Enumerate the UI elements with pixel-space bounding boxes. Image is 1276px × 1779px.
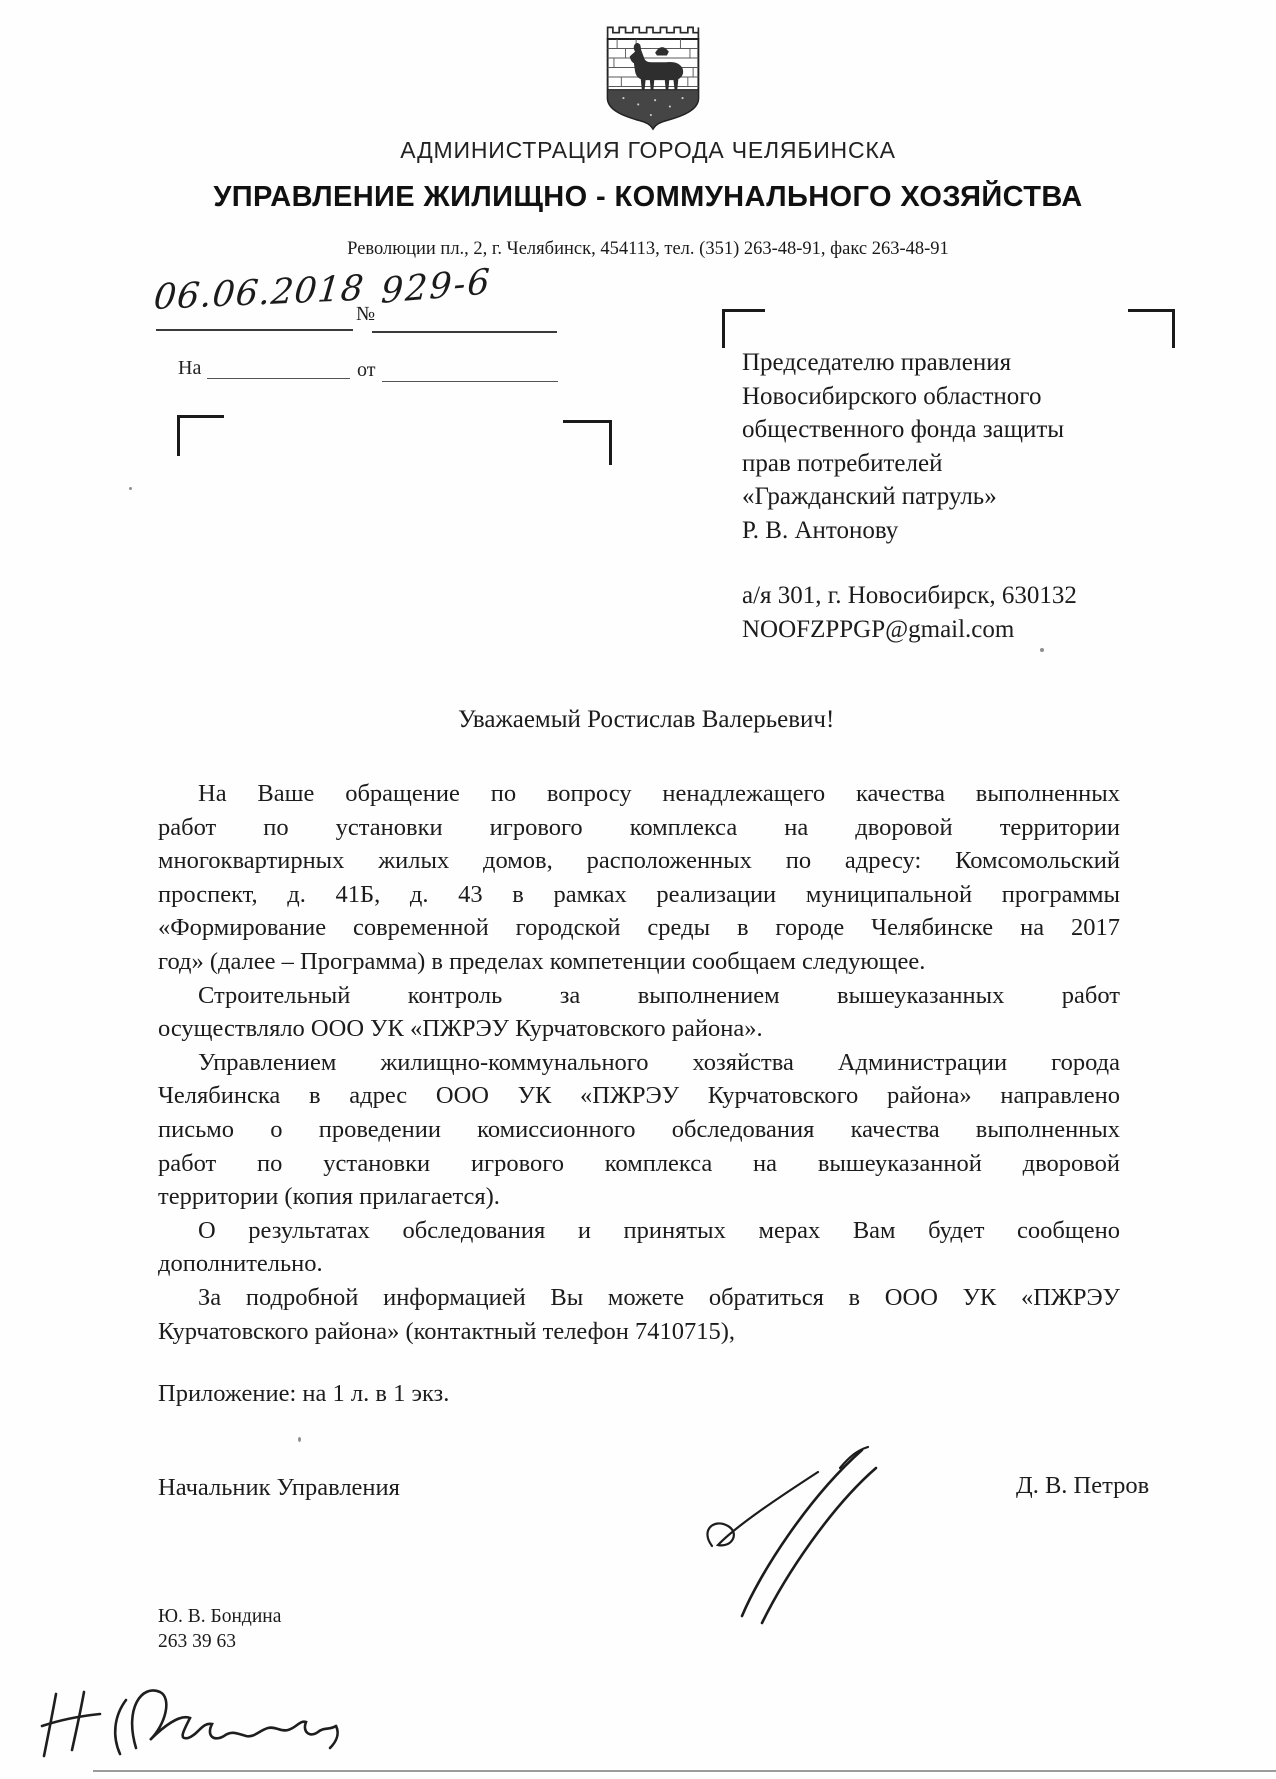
body-line: «Формирование современной городской сред… xyxy=(158,911,1120,945)
signer-position-title: Начальник Управления xyxy=(158,1474,400,1502)
body-line: год» (далее – Программа) в пределах комп… xyxy=(158,945,1120,979)
recipient-block: Председателю правленияНовосибирского обл… xyxy=(742,346,1064,547)
outgoing-date-handwritten: 06.06.2018 xyxy=(152,269,366,318)
recipient-corner-left xyxy=(722,309,765,348)
department-title: УПРАВЛЕНИЕ ЖИЛИЩНО - КОММУНАЛЬНОГО ХОЗЯЙ… xyxy=(10,181,1276,214)
body-line: Курчатовского района» (контактный телефо… xyxy=(158,1315,1120,1349)
body-line: На Ваше обращение по вопросу ненадлежаще… xyxy=(158,777,1120,811)
date-underline xyxy=(156,329,353,331)
scan-speck xyxy=(298,1437,301,1442)
recipient-line: общественного фонда защиты xyxy=(742,413,1064,447)
body-line: письмо о проведении комиссионного обслед… xyxy=(158,1113,1120,1147)
stamp-corner-right xyxy=(563,420,612,465)
recipient-line: Р. В. Антонову xyxy=(742,514,1064,548)
body-line: За подробной информацией Вы можете обрат… xyxy=(158,1281,1120,1315)
recipient-line: Председателю правления xyxy=(742,346,1064,380)
scan-speck xyxy=(129,487,132,490)
body-line: работ по установки игрового комплекса на… xyxy=(158,1147,1120,1181)
stamp-corner-left xyxy=(177,415,224,456)
recipient-corner-right xyxy=(1128,309,1175,348)
chelyabinsk-coat-of-arms-emblem xyxy=(600,20,706,134)
recipient-line: «Гражданский патруль» xyxy=(742,480,1064,514)
letter-page: АДМИНИСТРАЦИЯ ГОРОДА ЧЕЛЯБИНСКА УПРАВЛЕН… xyxy=(0,0,1276,1779)
signer-name: Д. В. Петров xyxy=(1016,1472,1149,1500)
body-line: дополнительно. xyxy=(158,1247,1120,1281)
body-line: осуществляло ООО УК «ПЖРЭУ Курчатовского… xyxy=(158,1012,1120,1046)
recipient-line: прав потребителей xyxy=(742,447,1064,481)
body-line: Строительный контроль за выполнением выш… xyxy=(158,979,1120,1013)
body-line: проспект, д. 41Б, д. 43 в рамках реализа… xyxy=(158,878,1120,912)
salutation: Уважаемый Ростислав Валерьевич! xyxy=(458,706,834,734)
body-line: Челябинска в адрес ООО УК «ПЖРЭУ Курчато… xyxy=(158,1079,1120,1113)
body-line: многоквартирных жилых домов, расположенн… xyxy=(158,844,1120,878)
bottom-handwritten-note xyxy=(40,1678,360,1774)
body-line: О результатах обследования и принятых ме… xyxy=(158,1214,1120,1248)
executor-phone: 263 39 63 xyxy=(158,1631,236,1653)
body-line: территории (копия прилагается). xyxy=(158,1180,1120,1214)
recipient-line: Новосибирского областного xyxy=(742,380,1064,414)
body-text: На Ваше обращение по вопросу ненадлежаще… xyxy=(158,777,1120,1348)
outgoing-number-handwritten: 929-6 xyxy=(380,262,493,312)
number-sign-label: № xyxy=(356,303,375,326)
director-signature-scribble xyxy=(690,1438,890,1633)
recipient-postal-address: а/я 301, г. Новосибирск, 630132 xyxy=(742,582,1077,610)
contact-line: Революции пл., 2, г. Челябинск, 454113, … xyxy=(10,239,1276,260)
scan-bottom-edge xyxy=(93,1770,1276,1772)
reply-to-line xyxy=(207,378,350,379)
reply-from-line xyxy=(382,381,558,382)
recipient-email: NOOFZPPGP@gmail.com xyxy=(742,616,1014,644)
executor-name: Ю. В. Бондина xyxy=(158,1606,281,1628)
reply-from-label: от xyxy=(357,359,375,382)
reply-to-label: На xyxy=(178,357,201,380)
number-underline xyxy=(372,331,557,333)
administration-title: АДМИНИСТРАЦИЯ ГОРОДА ЧЕЛЯБИНСКА xyxy=(10,137,1276,164)
scan-speck xyxy=(1040,648,1044,652)
body-line: Управлением жилищно-коммунального хозяйс… xyxy=(158,1046,1120,1080)
body-line: работ по установки игрового комплекса на… xyxy=(158,811,1120,845)
attachment-line: Приложение: на 1 л. в 1 экз. xyxy=(158,1380,449,1408)
